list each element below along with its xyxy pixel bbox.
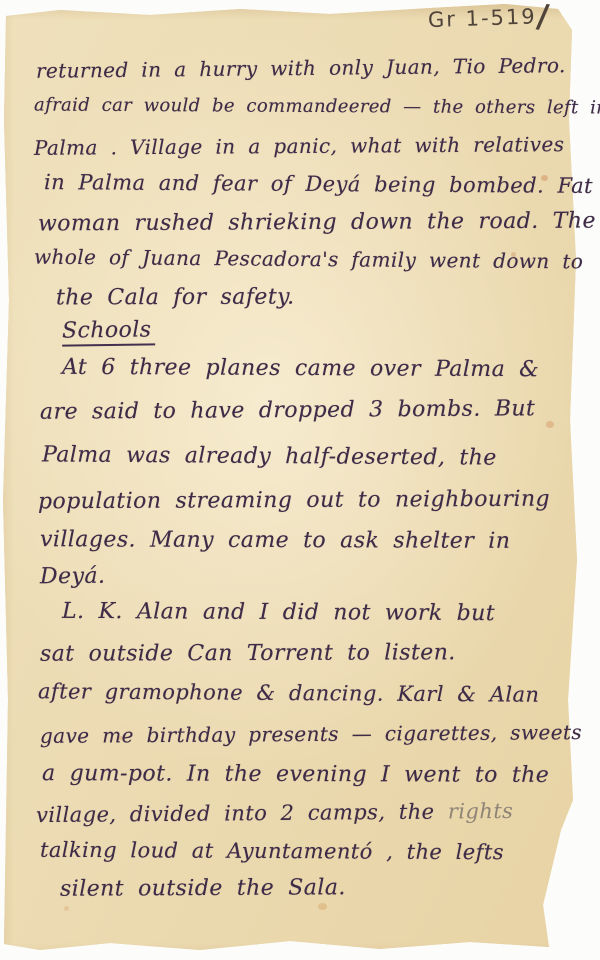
section-heading: Schools [62, 317, 156, 346]
archival-reference-number: Gr 1-519 [428, 4, 537, 32]
handwriting-line: L. K. Alan and I did not work but [62, 599, 495, 626]
handwriting-line: gave me birthday presents — cigarettes, … [40, 720, 582, 748]
manuscript-scan: Gr 1-519/ returned in a hurry with only … [0, 0, 600, 960]
archival-reference: Gr 1-519/ [428, 4, 551, 32]
handwriting-line: At 6 three planes came over Palma & [62, 355, 539, 382]
handwriting-ink-segment: village, divided into 2 camps, the [36, 799, 448, 827]
reference-slash-mark: / [536, 10, 551, 21]
handwriting-line: are said to have dropped 3 bombs. But [40, 396, 535, 424]
handwriting-line: afraid car would be commandeered — the o… [34, 94, 600, 118]
handwriting-line: sat outside Can Torrent to listen. [40, 640, 456, 666]
handwriting-pencil-segment: rights [448, 799, 514, 824]
section-heading-text: Schools [62, 317, 156, 346]
handwriting-line: Palma was already half-deserted, the [42, 442, 497, 470]
handwriting-line: the Cala for safety. [56, 285, 295, 311]
handwriting-line: after gramophone & dancing. Karl & Alan [38, 679, 540, 707]
handwriting-line: silent outside the Sala. [60, 875, 346, 901]
handwriting-line: villages. Many came to ask shelter in [40, 527, 510, 554]
handwriting-line: population streaming out to neighbouring [38, 487, 550, 515]
handwriting-line: whole of Juana Pescadora's family went d… [34, 245, 583, 274]
handwriting-line: Deyá. [40, 564, 106, 590]
handwriting-line: village, divided into 2 camps, the right… [36, 799, 514, 827]
handwriting-line: talking loud at Ayuntamentó , the lefts [40, 838, 504, 864]
handwriting-line: woman rushed shrieking down the road. Th… [38, 209, 596, 237]
handwriting-line: a gum-pot. In the evening I went to the [42, 761, 549, 788]
handwriting-line: in Palma and fear of Deyá being bombed. … [44, 170, 593, 198]
handwriting-line: Palma . Village in a panic, what with re… [34, 132, 564, 160]
